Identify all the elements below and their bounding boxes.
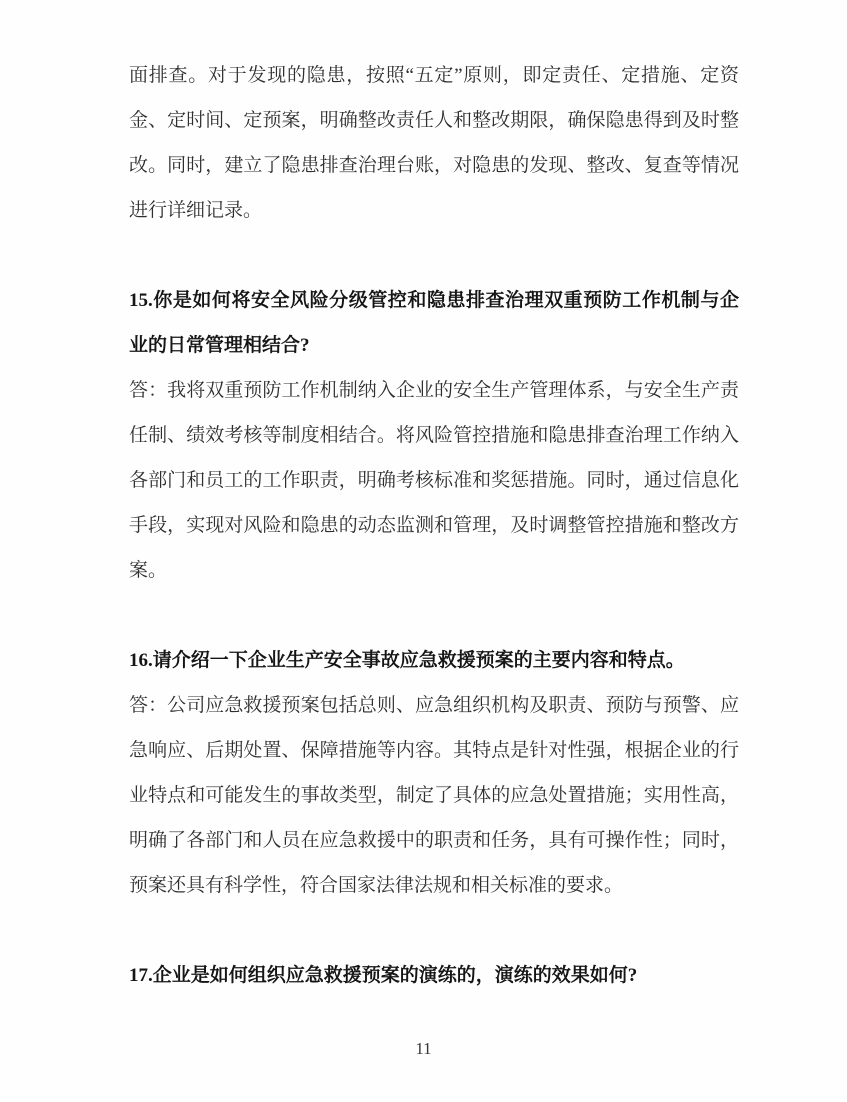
question-heading-15: 15.你是如何将安全风险分级管控和隐患排查治理双重预防工作机制与企 业的日常管理…: [129, 278, 739, 368]
answer-paragraph-16: 答：公司应急救援预案包括总则、应急组织机构及职责、预防与预警、应 急响应、后期处…: [129, 683, 739, 908]
question-line: 业的日常管理相结合?: [129, 323, 739, 368]
qa-section-15: 15.你是如何将安全风险分级管控和隐患排查治理双重预防工作机制与企 业的日常管理…: [129, 278, 739, 593]
qa-section-17: 17.企业是如何组织应急救援预案的演练的，演练的效果如何?: [129, 953, 739, 998]
question-heading-17: 17.企业是如何组织应急救援预案的演练的，演练的效果如何?: [129, 953, 739, 998]
document-page: 面排查。对于发现的隐患，按照“五定”原则，即定责任、定措施、定资 金、定时间、定…: [0, 0, 847, 1102]
answer-line: 业特点和可能发生的事故类型，制定了具体的应急处置措施；实用性高，: [129, 773, 739, 818]
page-number: 11: [0, 1036, 847, 1062]
answer-line: 各部门和员工的工作职责，明确考核标准和奖惩措施。同时，通过信息化: [129, 458, 739, 503]
continuation-paragraph: 面排查。对于发现的隐患，按照“五定”原则，即定责任、定措施、定资 金、定时间、定…: [129, 53, 739, 233]
answer-line: 答：我将双重预防工作机制纳入企业的安全生产管理体系，与安全生产责: [129, 368, 739, 413]
answer-line: 明确了各部门和人员在应急救援中的职责和任务，具有可操作性；同时，: [129, 818, 739, 863]
answer-line: 预案还具有科学性，符合国家法律法规和相关标准的要求。: [129, 863, 739, 908]
question-heading-16: 16.请介绍一下企业生产安全事故应急救援预案的主要内容和特点。: [129, 638, 739, 683]
answer-paragraph-15: 答：我将双重预防工作机制纳入企业的安全生产管理体系，与安全生产责 任制、绩效考核…: [129, 368, 739, 593]
question-line: 17.企业是如何组织应急救援预案的演练的，演练的效果如何?: [129, 953, 739, 998]
text-line: 金、定时间、定预案，明确整改责任人和整改期限，确保隐患得到及时整: [129, 98, 739, 143]
qa-section-16: 16.请介绍一下企业生产安全事故应急救援预案的主要内容和特点。 答：公司应急救援…: [129, 638, 739, 908]
text-line: 进行详细记录。: [129, 188, 739, 233]
answer-line: 急响应、后期处置、保障措施等内容。其特点是针对性强，根据企业的行: [129, 728, 739, 773]
answer-line: 答：公司应急救援预案包括总则、应急组织机构及职责、预防与预警、应: [129, 683, 739, 728]
answer-line: 任制、绩效考核等制度相结合。将风险管控措施和隐患排查治理工作纳入: [129, 413, 739, 458]
answer-line: 手段，实现对风险和隐患的动态监测和管理，及时调整管控措施和整改方: [129, 503, 739, 548]
question-line: 15.你是如何将安全风险分级管控和隐患排查治理双重预防工作机制与企: [129, 278, 739, 323]
page-content: 面排查。对于发现的隐患，按照“五定”原则，即定责任、定措施、定资 金、定时间、定…: [129, 53, 739, 998]
text-line: 改。同时，建立了隐患排查治理台账，对隐患的发现、整改、复查等情况: [129, 143, 739, 188]
text-line: 面排查。对于发现的隐患，按照“五定”原则，即定责任、定措施、定资: [129, 53, 739, 98]
question-line: 16.请介绍一下企业生产安全事故应急救援预案的主要内容和特点。: [129, 638, 739, 683]
answer-line: 案。: [129, 548, 739, 593]
